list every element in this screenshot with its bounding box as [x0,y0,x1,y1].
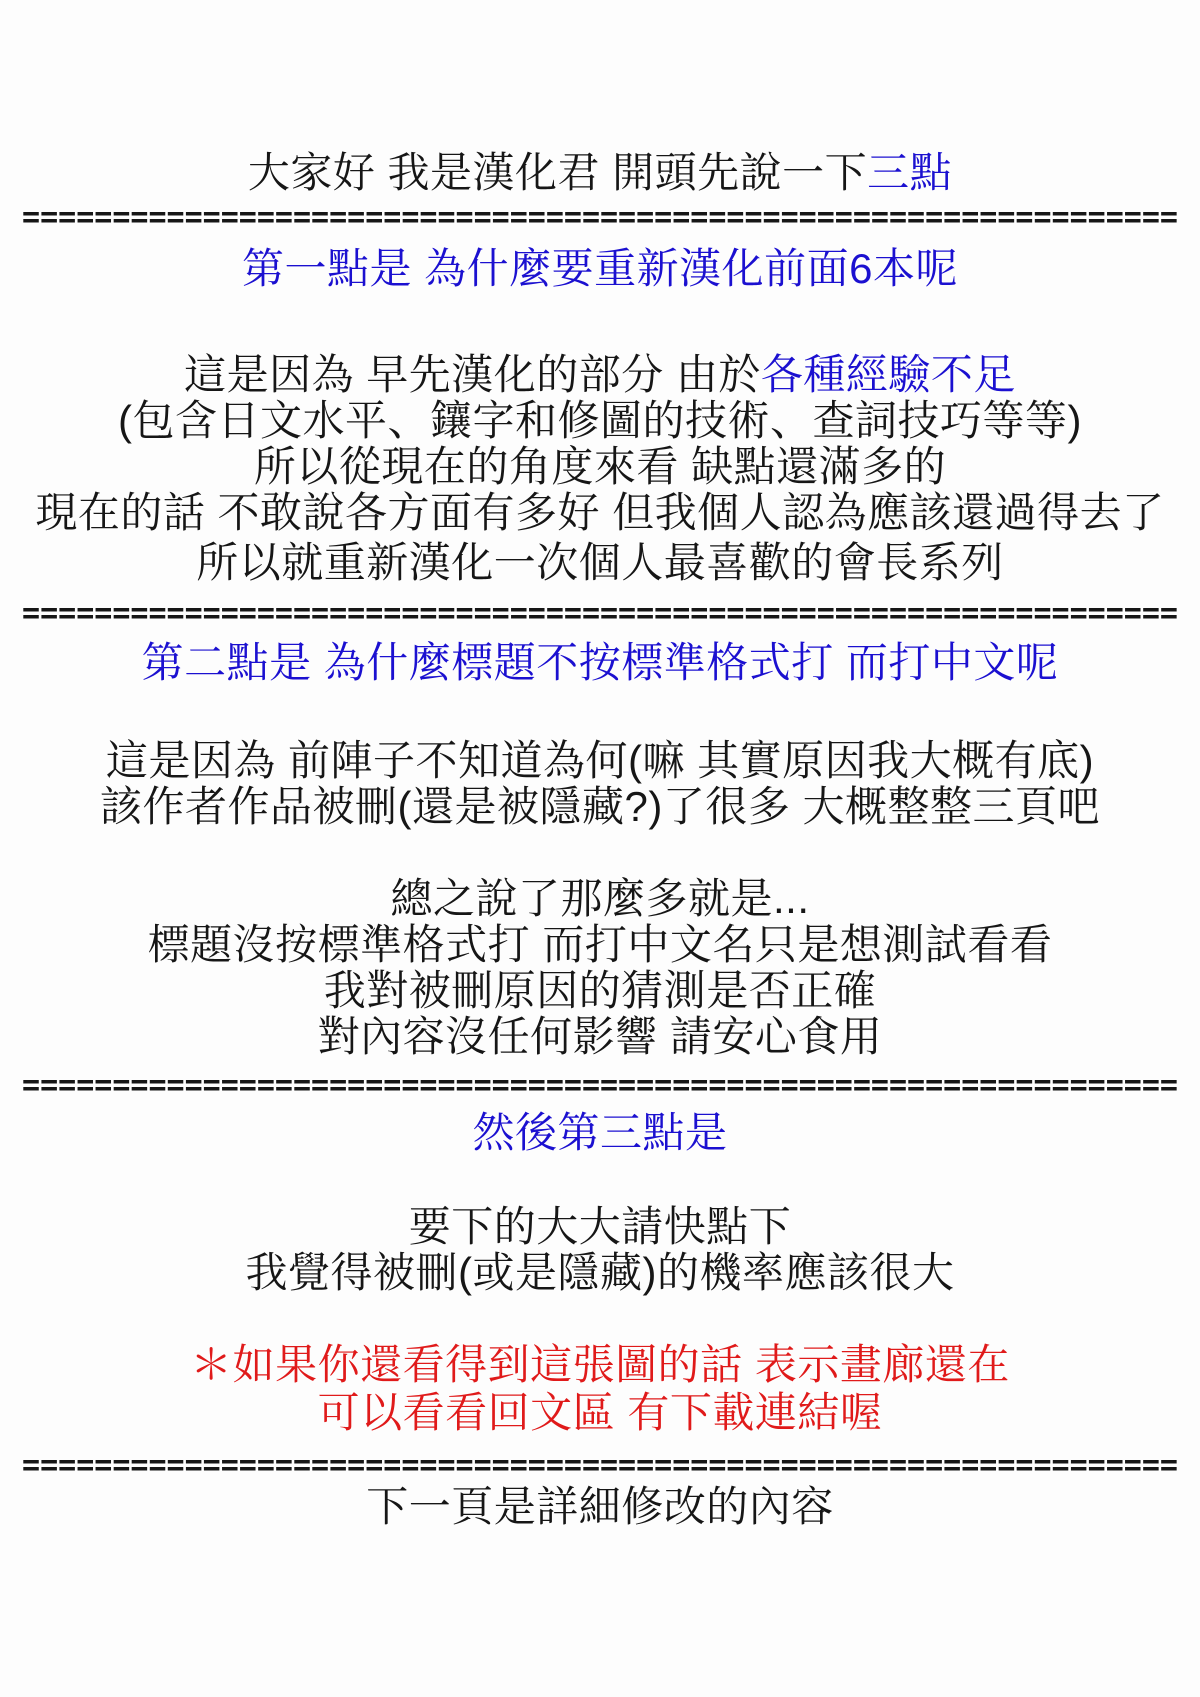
footer-line: 下一頁是詳細修改的內容 [0,1484,1200,1530]
intro-text: 大家好 我是漢化君 開頭先說一下 [248,149,867,196]
section2-line-1: 這是因為 前陣子不知道為何(嘛 其實原因我大概有底) [0,738,1200,784]
intro-line: 大家好 我是漢化君 開頭先說一下三點 [0,150,1200,196]
section2-line-6: 對內容沒任何影響 請安心食用 [0,1014,1200,1060]
section2-heading: 第二點是 為什麼標題不按標準格式打 而打中文呢 [0,640,1200,686]
divider-4: ========================================… [0,1449,1200,1483]
warning-line-2: 可以看看回文區 有下載連結喔 [0,1390,1200,1436]
divider-3: ========================================… [0,1069,1200,1103]
section2-line-2: 該作者作品被刪(還是被隱藏?)了很多 大概整整三頁吧 [0,784,1200,830]
section2-line-4: 標題沒按標準格式打 而打中文名只是想測試看看 [0,922,1200,968]
section2-line-3: 總之說了那麼多就是... [0,876,1200,922]
section1-line-2: (包含日文水平、鑲字和修圖的技術、查詞技巧等等) [0,398,1200,444]
section3-heading: 然後第三點是 [0,1110,1200,1156]
section1-line-1-text: 這是因為 早先漢化的部分 由於 [184,351,761,398]
section1-line-1: 這是因為 早先漢化的部分 由於各種經驗不足 [0,352,1200,398]
notice-page: 大家好 我是漢化君 開頭先說一下三點 =====================… [0,0,1200,1697]
intro-highlight: 三點 [867,149,952,196]
section1-heading: 第一點是 為什麼要重新漢化前面6本呢 [0,246,1200,292]
warning-line-1: ＊如果你還看得到這張圖的話 表示畫廊還在 [0,1342,1200,1388]
divider-2: ========================================… [0,597,1200,631]
section1-line-4: 現在的話 不敢說各方面有多好 但我個人認為應該還過得去了 [0,490,1200,536]
section3-line-1: 要下的大大請快點下 [0,1204,1200,1250]
section1-line-1-highlight: 各種經驗不足 [761,351,1016,398]
section3-line-2: 我覺得被刪(或是隱藏)的機率應該很大 [0,1250,1200,1296]
divider-1: ========================================… [0,201,1200,235]
section1-line-3: 所以從現在的角度來看 缺點還滿多的 [0,444,1200,490]
section2-line-5: 我對被刪原因的猜測是否正確 [0,968,1200,1014]
section1-line-5: 所以就重新漢化一次個人最喜歡的會長系列 [0,540,1200,586]
